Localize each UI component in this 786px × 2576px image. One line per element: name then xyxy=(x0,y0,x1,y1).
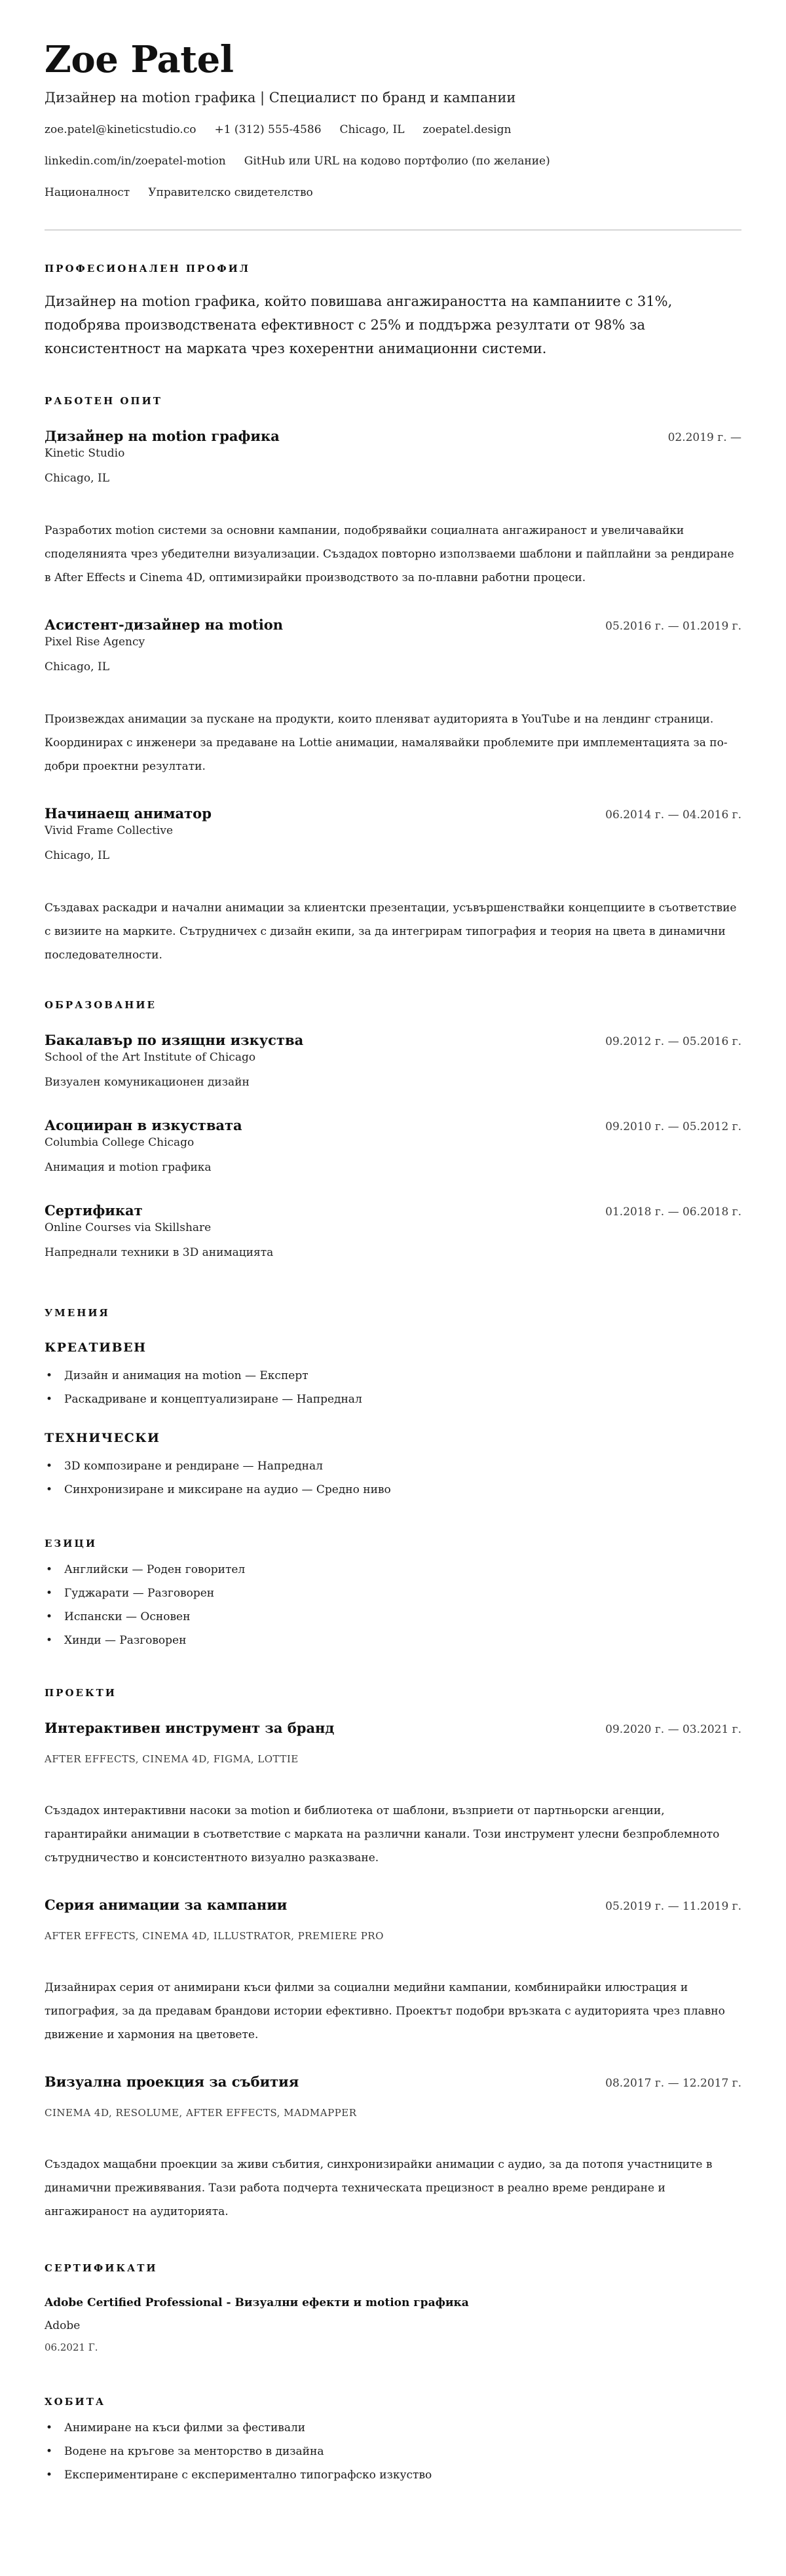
skill-group-technical: ТЕХНИЧЕСКИ 3D композиране и рендиране — … xyxy=(45,1430,741,1498)
phone: +1 (312) 555-4586 xyxy=(214,122,321,138)
location: Chicago, IL xyxy=(340,122,405,138)
section-title: Професионален профил xyxy=(45,262,741,275)
project-entry: Интерактивен инструмент за бранд 09.2020… xyxy=(45,1719,741,1870)
language-item: Испански — Основен xyxy=(45,1609,741,1625)
skill-list: Дизайн и анимация на motion — Експерт Ра… xyxy=(45,1368,741,1407)
profile-summary: Дизайнер на motion графика, който повиша… xyxy=(45,290,741,360)
skill-item: Дизайн и анимация на motion — Експерт xyxy=(45,1368,741,1384)
contact-row-2: linkedin.com/in/zoepatel-motion GitHub и… xyxy=(45,153,741,169)
degree: Сертификат xyxy=(45,1202,143,1220)
job-entry: Асистент-дизайнер на motion 05.2016 г. —… xyxy=(45,616,741,778)
project-tech: After Effects, Cinema 4D, Figma, Lottie xyxy=(45,1752,741,1766)
job-description: Произвеждах анимации за пускане на проду… xyxy=(45,708,741,778)
contact-row-1: zoe.patel@kineticstudio.co +1 (312) 555-… xyxy=(45,122,741,138)
project-description: Дизайнирах серия от анимирани къси филми… xyxy=(45,1976,741,2047)
section-title: Работен опит xyxy=(45,394,741,407)
job-title: Асистент-дизайнер на motion xyxy=(45,616,283,634)
project-entry: Серия анимации за кампании 05.2019 г. — … xyxy=(45,1896,741,2047)
project-tech: Cinema 4D, Resolume, After Effects, MadM… xyxy=(45,2106,741,2120)
field-of-study: Визуален комуникационен дизайн xyxy=(45,1074,741,1090)
nationality: Националност xyxy=(45,185,130,200)
job-date: 05.2016 г. — 01.2019 г. xyxy=(605,618,741,634)
skill-group-creative: КРЕАТИВЕН Дизайн и анимация на motion — … xyxy=(45,1339,741,1407)
certificate-title: Adobe Certified Professional - Визуални … xyxy=(45,2294,741,2311)
job-company: Vivid Frame Collective xyxy=(45,823,741,839)
job-date: 06.2014 г. — 04.2016 г. xyxy=(605,807,741,823)
job-company: Pixel Rise Agency xyxy=(45,634,741,650)
field-of-study: Напреднали техники в 3D анимацията xyxy=(45,1245,741,1260)
hobby-item: Водене на кръгове за менторство в дизайн… xyxy=(45,2444,741,2459)
drivers-license: Управителско свидетелство xyxy=(148,185,313,200)
job-description: Разработих motion системи за основни кам… xyxy=(45,519,741,590)
headline: Дизайнер на motion графика | Специалист … xyxy=(45,88,741,107)
section-hobbies: Хобита Анимиране на къси филми за фестив… xyxy=(45,2395,741,2483)
school: Online Courses via Skillshare xyxy=(45,1220,741,1236)
job-description: Създавах раскадри и начални анимации за … xyxy=(45,896,741,967)
language-item: Хинди — Разговорен xyxy=(45,1633,741,1648)
resume-page: Zoe Patel Дизайнер на motion графика | С… xyxy=(0,0,786,2530)
section-title: Хобита xyxy=(45,2395,741,2408)
hobby-item: Анимиране на къси филми за фестивали xyxy=(45,2420,741,2436)
skill-item: Синхронизиране и миксиране на аудио — Ср… xyxy=(45,1482,741,1498)
education-entry: Сертификат 01.2018 г. — 06.2018 г. Onlin… xyxy=(45,1202,741,1260)
education-entry: Асоцииран в изкуствата 09.2010 г. — 05.2… xyxy=(45,1116,741,1175)
language-item: Английски — Роден говорител xyxy=(45,1562,741,1578)
job-entry: Дизайнер на motion графика 02.2019 г. — … xyxy=(45,427,741,590)
project-date: 09.2020 г. — 03.2021 г. xyxy=(605,1722,741,1737)
section-experience: Работен опит Дизайнер на motion графика … xyxy=(45,394,741,967)
section-languages: Езици Английски — Роден говорител Гуджар… xyxy=(45,1537,741,1648)
candidate-name: Zoe Patel xyxy=(45,38,741,81)
skill-item: 3D композиране и рендиране — Напреднал xyxy=(45,1458,741,1474)
project-title: Интерактивен инструмент за бранд xyxy=(45,1719,334,1737)
section-profile: Професионален профил Дизайнер на motion … xyxy=(45,262,741,360)
degree: Асоцииран в изкуствата xyxy=(45,1116,242,1135)
job-company: Kinetic Studio xyxy=(45,445,741,461)
section-skills: Умения КРЕАТИВЕН Дизайн и анимация на mo… xyxy=(45,1306,741,1498)
linkedin-link[interactable]: linkedin.com/in/zoepatel-motion xyxy=(45,153,226,169)
education-entry: Бакалавър по изящни изкуства 09.2012 г. … xyxy=(45,1031,741,1090)
section-title: Образование xyxy=(45,998,741,1012)
contact-row-3: Националност Управителско свидетелство xyxy=(45,185,741,200)
certificate-issuer: Adobe xyxy=(45,2318,741,2334)
project-tech: After Effects, Cinema 4D, Illustrator, P… xyxy=(45,1929,741,1943)
job-title: Дизайнер на motion графика xyxy=(45,427,280,445)
education-date: 09.2010 г. — 05.2012 г. xyxy=(605,1119,741,1135)
section-education: Образование Бакалавър по изящни изкуства… xyxy=(45,998,741,1260)
website-link[interactable]: zoepatel.design xyxy=(423,122,512,138)
github-link[interactable]: GitHub или URL на кодово портфолио (по ж… xyxy=(244,153,550,169)
education-date: 09.2012 г. — 05.2016 г. xyxy=(605,1034,741,1050)
job-title: Начинаещ аниматор xyxy=(45,805,212,823)
project-description: Създадох мащабни проекции за живи събити… xyxy=(45,2153,741,2224)
skill-group-title: КРЕАТИВЕН xyxy=(45,1339,741,1356)
certificate-date: 06.2021 г. xyxy=(45,2340,741,2355)
section-title: Езици xyxy=(45,1537,741,1550)
job-date: 02.2019 г. — xyxy=(668,430,741,445)
project-title: Визуална проекция за събития xyxy=(45,2073,299,2091)
degree: Бакалавър по изящни изкуства xyxy=(45,1031,303,1050)
project-title: Серия анимации за кампании xyxy=(45,1896,287,1914)
skill-item: Раскадриване и концептуализиране — Напре… xyxy=(45,1392,741,1407)
header-divider xyxy=(45,229,741,231)
hobby-list: Анимиране на къси филми за фестивали Вод… xyxy=(45,2420,741,2483)
field-of-study: Анимация и motion графика xyxy=(45,1160,741,1175)
skill-group-title: ТЕХНИЧЕСКИ xyxy=(45,1430,741,1447)
job-location: Chicago, IL xyxy=(45,848,741,863)
project-date: 05.2019 г. — 11.2019 г. xyxy=(605,1899,741,1914)
school: Columbia College Chicago xyxy=(45,1135,741,1150)
section-title: Проекти xyxy=(45,1686,741,1699)
project-entry: Визуална проекция за събития 08.2017 г. … xyxy=(45,2073,741,2224)
project-date: 08.2017 г. — 12.2017 г. xyxy=(605,2075,741,2091)
project-description: Създадох интерактивни насоки за motion и… xyxy=(45,1799,741,1870)
skill-list: 3D композиране и рендиране — Напреднал С… xyxy=(45,1458,741,1498)
school: School of the Art Institute of Chicago xyxy=(45,1050,741,1065)
hobby-item: Експериментиране с експериментално типог… xyxy=(45,2467,741,2483)
job-location: Chicago, IL xyxy=(45,470,741,486)
email-link[interactable]: zoe.patel@kineticstudio.co xyxy=(45,122,196,138)
language-list: Английски — Роден говорител Гуджарати — … xyxy=(45,1562,741,1648)
section-projects: Проекти Интерактивен инструмент за бранд… xyxy=(45,1686,741,2224)
job-location: Chicago, IL xyxy=(45,659,741,675)
education-date: 01.2018 г. — 06.2018 г. xyxy=(605,1204,741,1220)
resume-header: Zoe Patel Дизайнер на motion графика | С… xyxy=(45,38,741,231)
section-title: Умения xyxy=(45,1306,741,1319)
language-item: Гуджарати — Разговорен xyxy=(45,1585,741,1601)
certificate-entry: Adobe Certified Professional - Визуални … xyxy=(45,2294,741,2355)
section-title: Сертификати xyxy=(45,2262,741,2275)
section-certificates: Сертификати Adobe Certified Professional… xyxy=(45,2262,741,2355)
job-entry: Начинаещ аниматор 06.2014 г. — 04.2016 г… xyxy=(45,805,741,967)
